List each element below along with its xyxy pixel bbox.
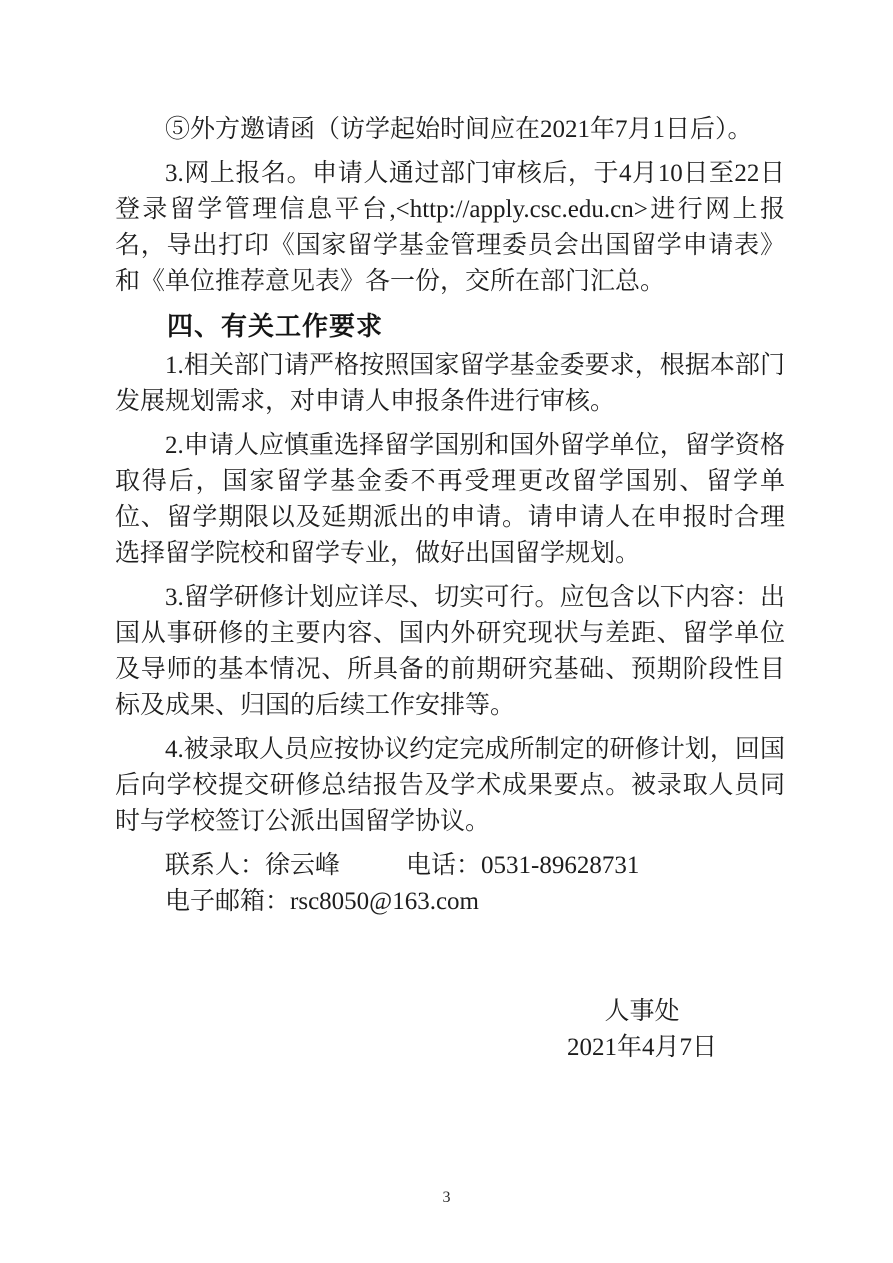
contact-person-name: 徐云峰 [265,852,340,879]
document-body: ⑤外方邀请函（访学起始时间应在2021年7月1日后）。 3.网上报名。申请人通过… [115,112,785,1066]
signature-block: 人事处 2021年4月7日 [567,994,717,1066]
phone-label: 电话： [406,852,481,879]
requirement-item-1: 1.相关部门请严格按照国家留学基金委要求，根据本部门发展规划需求，对申请人申报条… [115,348,785,420]
email-address: rsc8050@163.com [290,888,479,915]
email-label: 电子邮箱： [165,888,290,915]
requirement-item-4: 4.被录取人员应按协议约定完成所制定的研修计划，回国后向学校提交研修总结报告及学… [115,732,785,840]
signature-department: 人事处 [567,994,717,1030]
paragraph-online-registration: 3.网上报名。申请人通过部门审核后，于4月10日至22日登录留学管理信息平台,<… [115,156,785,300]
paragraph-invitation-letter: ⑤外方邀请函（访学起始时间应在2021年7月1日后）。 [115,112,785,148]
requirement-item-3: 3.留学研修计划应详尽、切实可行。应包含以下内容：出国从事研修的主要内容、国内外… [115,580,785,724]
signature-date: 2021年4月7日 [567,1030,717,1066]
page-number: 3 [0,1188,893,1208]
phone-number: 0531-89628731 [481,852,639,879]
section-heading-work-requirements: 四、有关工作要求 [115,308,785,344]
requirement-item-2: 2.申请人应慎重选择留学国别和国外留学单位，留学资格取得后，国家留学基金委不再受… [115,428,785,572]
email-line: 电子邮箱：rsc8050@163.com [115,884,785,920]
contact-line: 联系人：徐云峰电话：0531-89628731 [115,848,785,884]
document-page: ⑤外方邀请函（访学起始时间应在2021年7月1日后）。 3.网上报名。申请人通过… [0,0,893,1263]
contact-person-label: 联系人： [165,852,265,879]
